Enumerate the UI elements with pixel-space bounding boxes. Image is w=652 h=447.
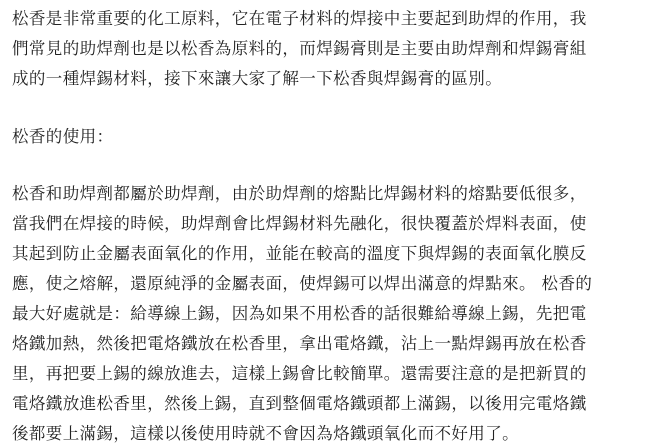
text-line: 電烙鐵放進松香里，然後上錫，直到整個電烙鐵頭都上滿錫，以後用完電烙鐵 (12, 389, 642, 419)
text-line: 應，使之熔解，還原純淨的金屬表面，使焊錫可以焊出滿意的焊點來。 松香的 (12, 269, 642, 299)
text-line: 里，再把要上錫的線放進去，這樣上錫會比較簡單。還需要注意的是把新買的 (12, 359, 642, 389)
text-line: 最大好處就是：給導線上錫，因為如果不用松香的話很難給導線上錫，先把電 (12, 299, 642, 329)
body-paragraph: 松香和助焊劑都屬於助焊劑，由於助焊劑的熔點比焊錫材料的熔點要低很多， 當我們在焊… (12, 179, 642, 447)
article-body: 松香是非常重要的化工原料，它在電子材料的焊接中主要起到助焊的作用，我 們常見的助… (12, 4, 642, 447)
text-line: 們常見的助焊劑也是以松香為原料的，而焊錫膏則是主要由助焊劑和焊錫膏組 (12, 34, 642, 64)
intro-paragraph: 松香是非常重要的化工原料，它在電子材料的焊接中主要起到助焊的作用，我 們常見的助… (12, 4, 642, 94)
section-heading: 松香的使用： (12, 122, 642, 152)
text-line: 松香是非常重要的化工原料，它在電子材料的焊接中主要起到助焊的作用，我 (12, 4, 642, 34)
text-line: 當我們在焊接的時候，助焊劑會比焊錫材料先融化，很快覆蓋於焊料表面，使 (12, 209, 642, 239)
text-line: 後都要上滿錫，這樣以後使用時就不會因為烙鐵頭氧化而不好用了。 (12, 419, 642, 447)
text-line: 成的一種焊錫材料，接下來讓大家了解一下松香與焊錫膏的區別。 (12, 64, 642, 94)
text-line: 松香和助焊劑都屬於助焊劑，由於助焊劑的熔點比焊錫材料的熔點要低很多， (12, 179, 642, 209)
text-line: 其起到防止金屬表面氧化的作用，並能在較高的溫度下與焊錫的表面氧化膜反 (12, 239, 642, 269)
text-line: 烙鐵加熱，然後把電烙鐵放在松香里，拿出電烙鐵，沾上一點焊錫再放在松香 (12, 329, 642, 359)
